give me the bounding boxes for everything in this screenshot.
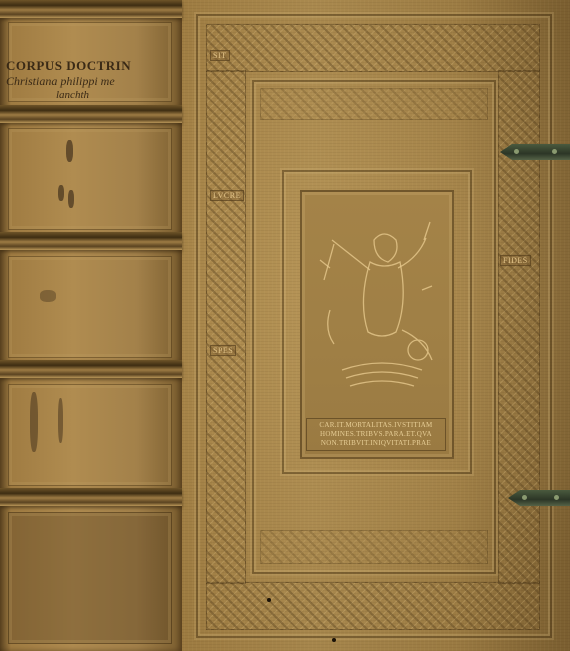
- left-ornamental-roll: [206, 70, 246, 584]
- raised-band: [0, 488, 182, 506]
- inscription-line-2: HOMINES.TRIBVS.PARA.ET.QVA: [307, 430, 445, 439]
- inscription-line-1: CAR.IT.MORTALITAS.IVSTITIAM: [307, 421, 445, 430]
- spine-title-line-1: CORPUS DOCTRIN: [6, 58, 172, 74]
- wormhole: [332, 638, 336, 642]
- ink-stain: [58, 185, 64, 201]
- clasp-rivet: [522, 495, 527, 500]
- lower-clasp: [508, 490, 570, 506]
- front-cover: SIT SPES FIDES LVCRE CAR.IT.MORTALITAS.I…: [182, 0, 570, 651]
- spine-title-label: CORPUS DOCTRIN Christiana philippi me la…: [6, 58, 172, 101]
- inner-top-roll: [260, 88, 488, 120]
- roll-tag: LVCRE: [210, 190, 244, 201]
- clasp-rivet: [514, 149, 519, 154]
- spine-compartment: [8, 256, 172, 358]
- inner-bottom-roll: [260, 530, 488, 564]
- spine-title-line-3: lanchth: [6, 89, 172, 101]
- stain: [40, 290, 56, 302]
- book-binding-photo: CORPUS DOCTRIN Christiana philippi me la…: [0, 0, 570, 651]
- central-panel: CAR.IT.MORTALITAS.IVSTITIAM HOMINES.TRIB…: [300, 190, 454, 459]
- clasp-rivet: [554, 495, 559, 500]
- panel-inscription: CAR.IT.MORTALITAS.IVSTITIAM HOMINES.TRIB…: [306, 418, 446, 451]
- raised-band: [0, 0, 182, 18]
- inscription-line-3: NON.TRIBVIT.INIQVITATI.PRAE: [307, 439, 445, 448]
- raised-band: [0, 232, 182, 250]
- bottom-ornamental-roll: [206, 582, 540, 630]
- roll-tag: FIDES: [500, 255, 531, 266]
- spine-title-line-2: Christiana philippi me: [6, 74, 172, 89]
- upper-clasp: [500, 144, 570, 160]
- justitia-figure-engraving: [312, 200, 442, 405]
- roll-tag: SPES: [210, 345, 236, 356]
- wormhole: [267, 598, 271, 602]
- ink-stain: [66, 140, 73, 162]
- spine-compartment: [8, 512, 172, 644]
- raised-band: [0, 105, 182, 123]
- spine-compartment: [8, 128, 172, 230]
- clasp-rivet: [552, 149, 557, 154]
- book-spine: CORPUS DOCTRIN Christiana philippi me la…: [0, 0, 182, 651]
- stain: [30, 392, 38, 452]
- top-ornamental-roll: [206, 24, 540, 72]
- stain: [58, 398, 63, 443]
- ink-stain: [68, 190, 74, 208]
- roll-tag: SIT: [210, 50, 230, 61]
- raised-band: [0, 360, 182, 378]
